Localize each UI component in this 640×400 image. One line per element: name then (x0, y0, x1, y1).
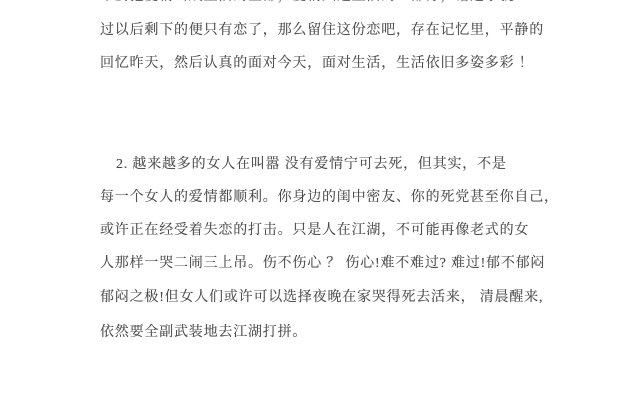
clipped-text-line: 不要把爱情当成生活的全部，爱情只是生活的一部分，错过了就 (100, 0, 560, 5)
paragraph1-line-2: 回忆昨天，然后认真的面对今天，面对生活，生活依旧多姿多彩 ！ (100, 55, 560, 72)
paragraph1-line-1: 过以后剩下的便只有恋了，那么留住这份恋吧，存在记忆里，平静的 (100, 22, 560, 39)
paragraph2-line-1: 2. 越来越多的女人在叫嚣 没有爱情宁可去死，但其实，不是 (100, 156, 560, 173)
paragraph2-line-3: 或许正在经受着失恋的打击。只是人在江湖，不可能再像老式的女 (100, 222, 560, 239)
clipped-text-line-wrapper: 不要把爱情当成生活的全部，爱情只是生活的一部分，错过了就 (100, 0, 560, 6)
paragraph2-line-5: 郁闷之极!但女人们或许可以选择夜晚在家哭得死去活来， 清晨醒来, (100, 289, 560, 306)
document-page: 不要把爱情当成生活的全部，爱情只是生活的一部分，错过了就 过以后剩下的便只有恋了… (0, 0, 640, 400)
paragraph2-line-6: 依然要全副武装地去江湖打拼。 (100, 324, 560, 341)
paragraph2-line-2: 每一个女人的爱情都顺利。你身边的闺中密友、你的死党甚至你自己， (100, 189, 560, 206)
paragraph2-line-4: 人那样一哭二闹三上吊。伤不伤心 ？ 伤心!难不难过? 难过!郁不郁闷 (100, 255, 560, 272)
